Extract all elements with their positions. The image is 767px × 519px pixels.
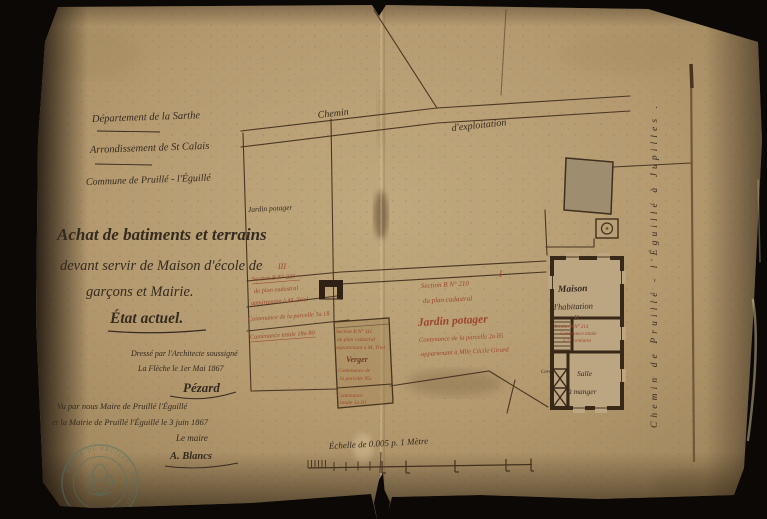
verger-name: Verger [346,355,369,364]
mayor-signature: A. Blancs [169,451,212,462]
attestation-line-2: La Flèche le 1er Mai 1867 [137,364,225,373]
title-line-2: devant servir de Maison d'école de [60,258,263,274]
section-iii-numeral: III [277,262,286,271]
verger-line-4: Contenance de [338,368,371,374]
verger-line-3: appartenant à M. Triel [336,345,386,351]
building-name-1: Maison [557,284,588,295]
well-icon [596,219,618,238]
verger-line-6: Contenance [337,393,363,399]
attestation-line-1: Dressé par l'Architecte soussigné [130,349,238,358]
verger-line-7: totale 1a 10 [340,400,366,406]
building-name-2: d'habitation [552,301,593,312]
subtitle-etat-actuel: État actuel. [109,310,183,327]
cave-label: Cave [541,370,552,375]
building-red-1: Section B N° 214 [554,325,589,330]
verger-line-2: du plan cadastral [337,337,376,343]
title-line-3: garçons et Mairie. [86,284,194,300]
le-maire-label: Le maire [175,433,208,443]
visa-line-1: Vu par nous Maire de Pruillé l'Éguillé [57,401,188,411]
verger-line-5: la parcelle 95c [340,376,373,382]
building-numeral: II [573,314,579,322]
visa-line-2: et la Mairie de Pruillé l'Éguillé le 3 j… [52,417,209,427]
salle-label-2: à manger [568,387,597,396]
architect-signature: Pézard [183,380,220,395]
building-red-2: Contenance totale [560,332,597,337]
scanned-plan-document: Département de la Sarthe Arrondissement … [0,0,767,519]
title-line-1: Achat de batiments et terrains [56,225,267,244]
outbuilding-shaded [564,158,613,214]
verger-line-1: Section B N° 111 [336,328,373,335]
building-red-3: à 21 centiares [563,339,591,344]
salle-label-1: Salle [577,369,593,378]
